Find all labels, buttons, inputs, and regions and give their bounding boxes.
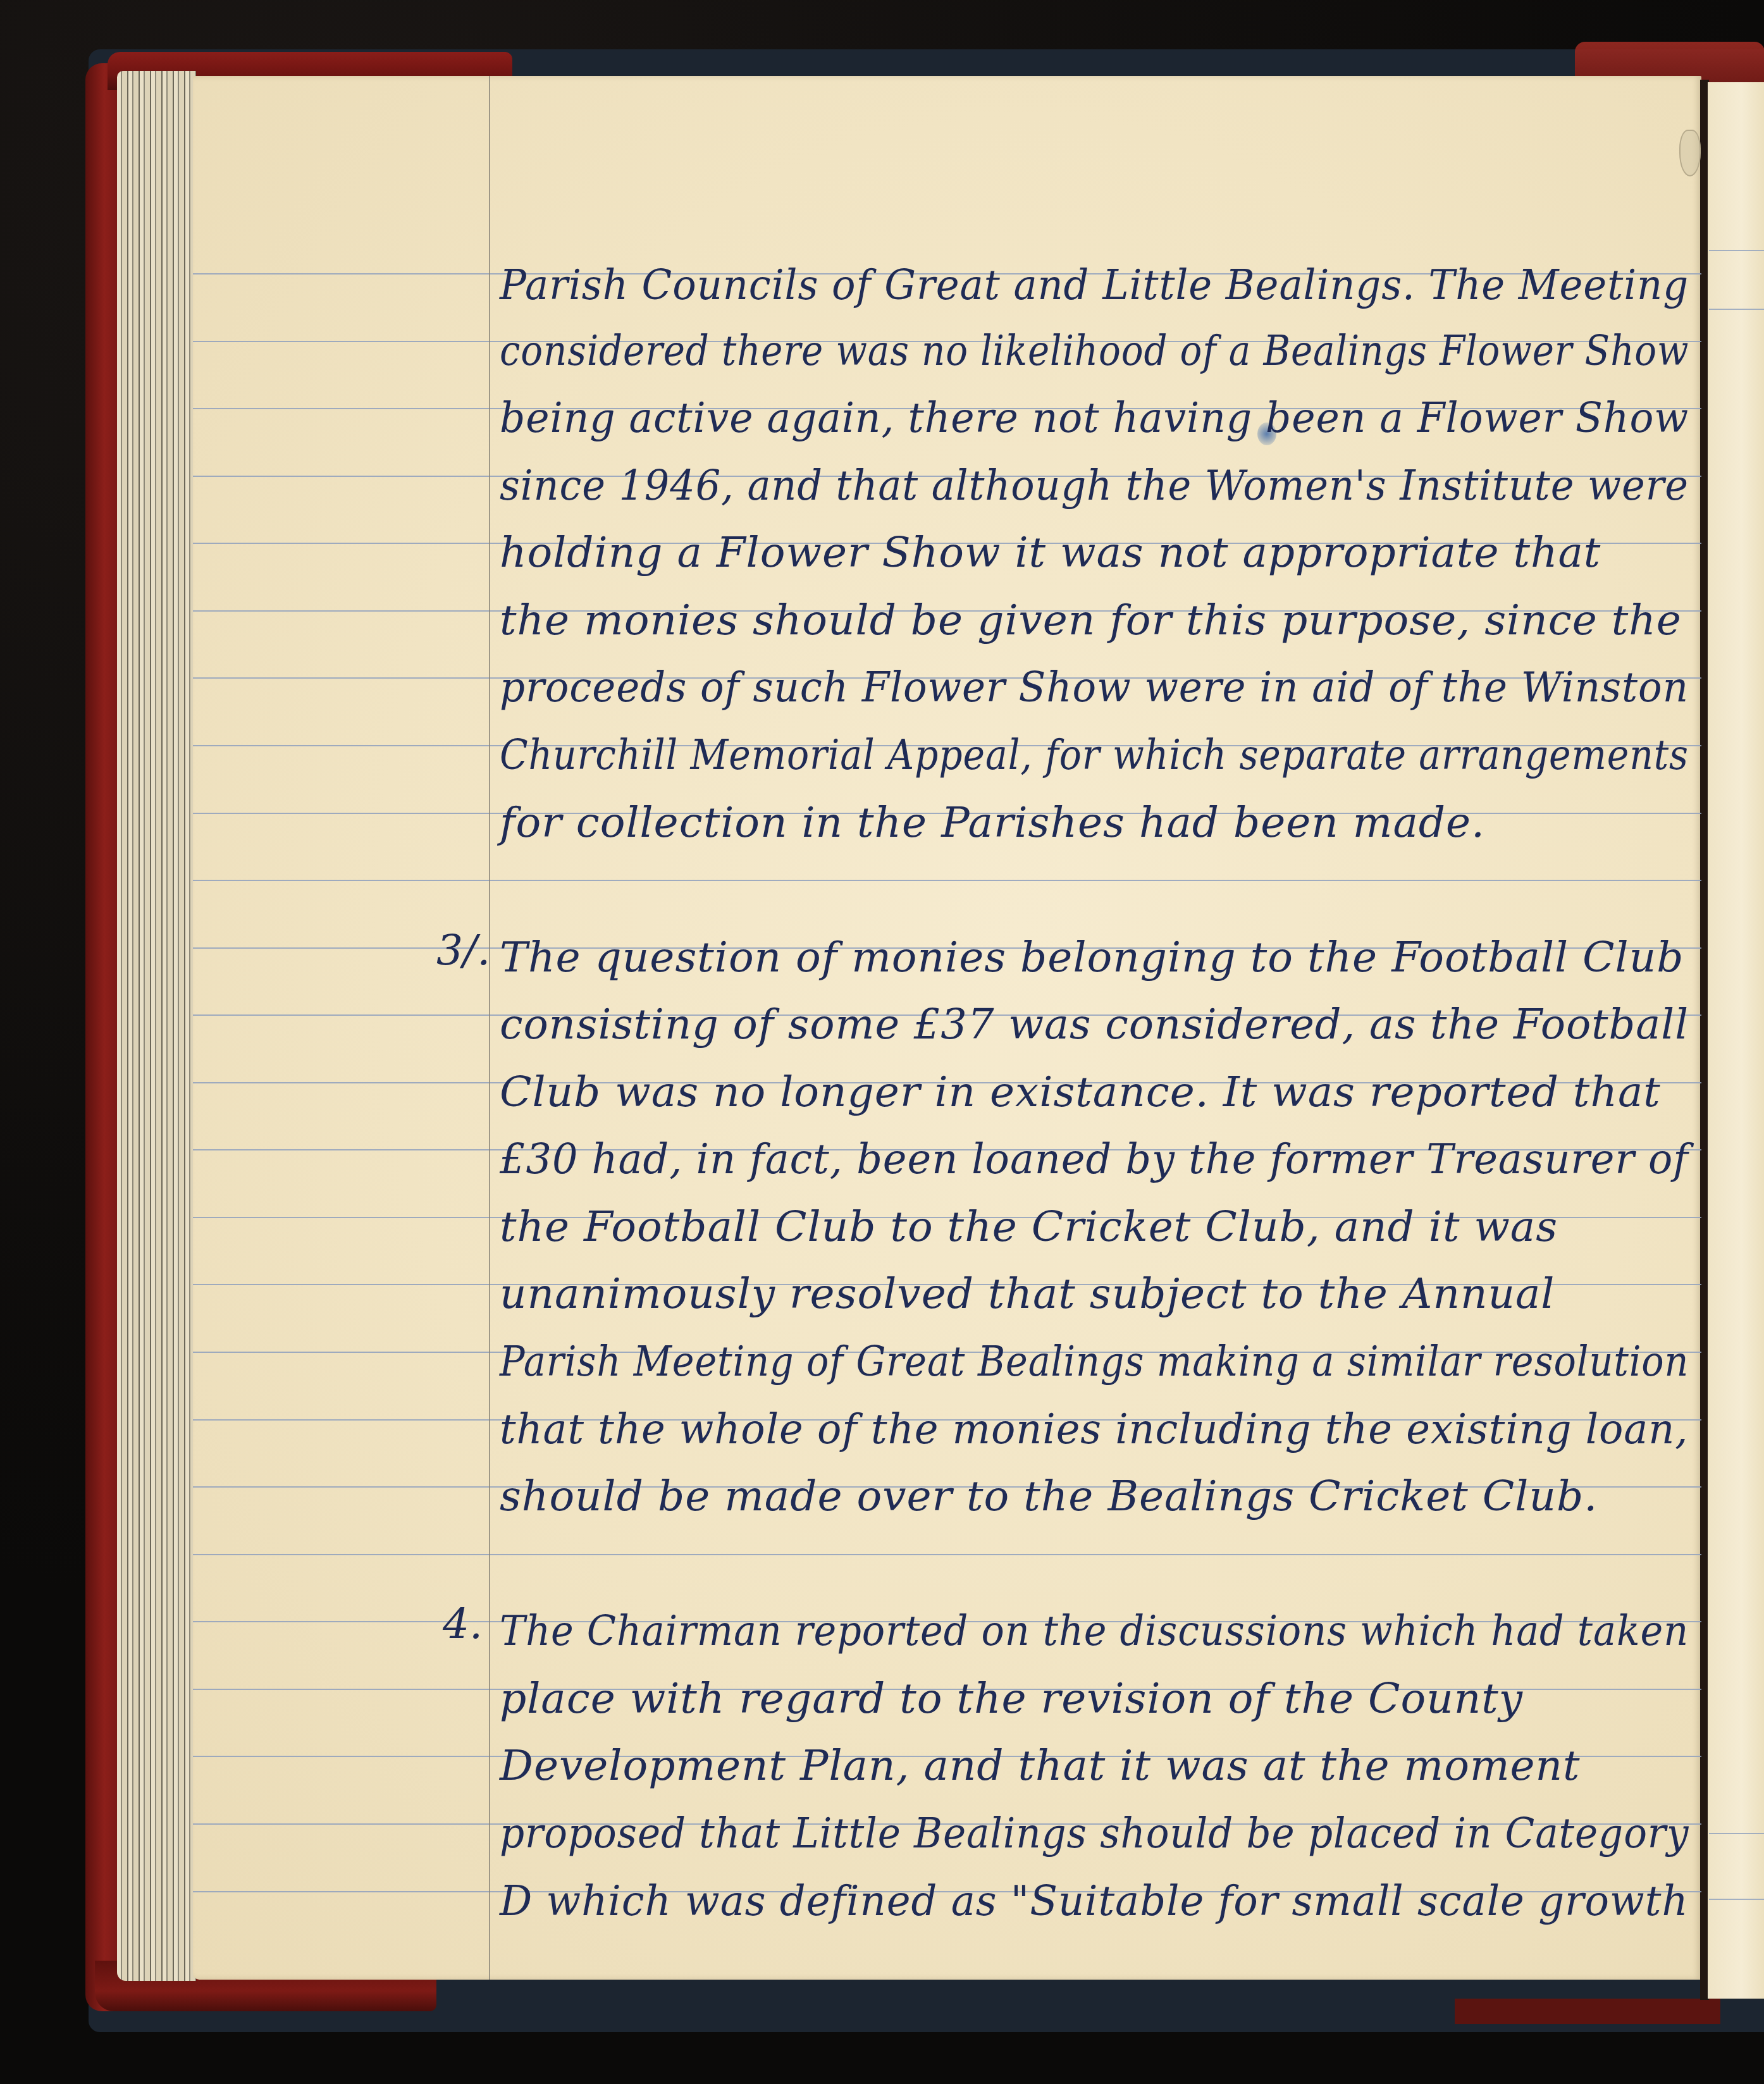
margin-rule (489, 76, 490, 1980)
text-line: consisting of some £37 was considered, a… (500, 1004, 1689, 1045)
text-line: unanimously resolved that subject to the… (500, 1273, 1555, 1315)
text-line: holding a Flower Show it was not appropr… (500, 532, 1601, 574)
item-number: 4. (443, 1603, 483, 1645)
text-line: Churchill Memorial Appeal, for which sep… (500, 734, 1689, 776)
text-line: proposed that Little Bealings should be … (500, 1813, 1689, 1854)
text-line: Development Plan, and that it was at the… (500, 1745, 1581, 1787)
text-line: being active again, there not having bee… (500, 397, 1689, 439)
text-line: place with regard to the revision of the… (500, 1678, 1523, 1720)
red-cover-edge-bottomright (1455, 1999, 1720, 2024)
text-line: proceeds of such Flower Show were in aid… (500, 667, 1689, 708)
text-line: since 1946, and that although the Women'… (500, 465, 1689, 507)
text-line: £30 had, in fact, been loaned by the for… (500, 1138, 1689, 1180)
text-line: The question of monies belonging to the … (500, 937, 1684, 978)
text-line: the monies should be given for this purp… (500, 600, 1682, 641)
facing-page-edge (1708, 82, 1764, 1999)
text-line: should be made over to the Bealings Cric… (500, 1476, 1598, 1517)
text-line: Parish Councils of Great and Little Beal… (500, 264, 1689, 306)
paper-tear-mark (1679, 130, 1701, 176)
text-line: Parish Meeting of Great Bealings making … (500, 1341, 1689, 1383)
text-line: Club was no longer in existance. It was … (500, 1071, 1661, 1113)
text-line: the Football Club to the Cricket Club, a… (500, 1206, 1558, 1248)
text-line: considered there was no likelihood of a … (500, 330, 1689, 372)
text-line: that the whole of the monies including t… (500, 1409, 1689, 1450)
text-line: The Chairman reported on the discussions… (500, 1610, 1689, 1652)
text-line: D which was defined as "Suitable for sma… (500, 1880, 1689, 1922)
item-number: 3/. (436, 930, 490, 971)
text-line: for collection in the Parishes had been … (500, 802, 1485, 844)
page-edges-stack (117, 71, 196, 1981)
